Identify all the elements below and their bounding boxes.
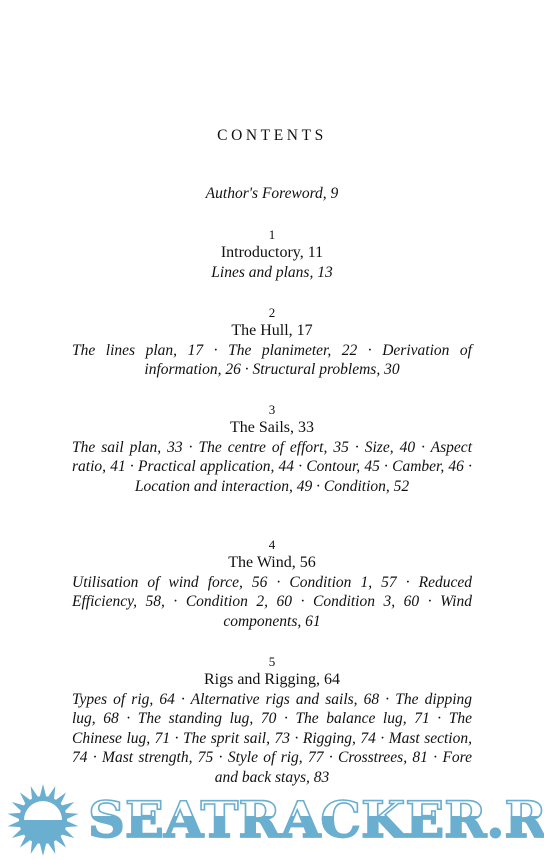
page-title: CONTENTS xyxy=(0,127,544,145)
chapter-number: 4 xyxy=(72,537,472,553)
chapter-5: 5 Rigs and Rigging, 64 Types of rig, 64 … xyxy=(72,654,472,787)
watermark: SEATRACKER.RU xyxy=(0,784,544,860)
chapter-sections: The sail plan, 33 · The centre of effort… xyxy=(72,438,472,496)
contents-page: CONTENTS Author's Foreword, 9 1 Introduc… xyxy=(0,0,544,860)
chapter-1: 1 Introductory, 11 Lines and plans, 13 xyxy=(72,227,472,282)
chapter-number: 5 xyxy=(72,654,472,670)
sun-icon xyxy=(0,784,86,856)
chapter-4: 4 The Wind, 56 Utilisation of wind force… xyxy=(72,537,472,631)
chapter-title: The Hull, 17 xyxy=(72,321,472,341)
chapter-sections: The lines plan, 17 · The planimeter, 22 … xyxy=(72,341,472,380)
chapter-title: The Sails, 33 xyxy=(72,418,472,438)
chapter-sections: Lines and plans, 13 xyxy=(72,263,472,282)
chapter-sections: Utilisation of wind force, 56 · Conditio… xyxy=(72,573,472,631)
watermark-text: SEATRACKER.RU xyxy=(88,794,544,846)
chapter-number: 2 xyxy=(72,305,472,321)
chapter-number: 1 xyxy=(72,227,472,243)
chapter-2: 2 The Hull, 17 The lines plan, 17 · The … xyxy=(72,305,472,380)
chapter-title: Introductory, 11 xyxy=(72,243,472,263)
chapter-number: 3 xyxy=(72,402,472,418)
chapter-sections: Types of rig, 64 · Alternative rigs and … xyxy=(72,690,472,787)
chapter-title: The Wind, 56 xyxy=(72,553,472,573)
chapter-title: Rigs and Rigging, 64 xyxy=(72,670,472,690)
toc-entry-foreword: Author's Foreword, 9 xyxy=(0,185,544,203)
chapter-3: 3 The Sails, 33 The sail plan, 33 · The … xyxy=(72,402,472,496)
